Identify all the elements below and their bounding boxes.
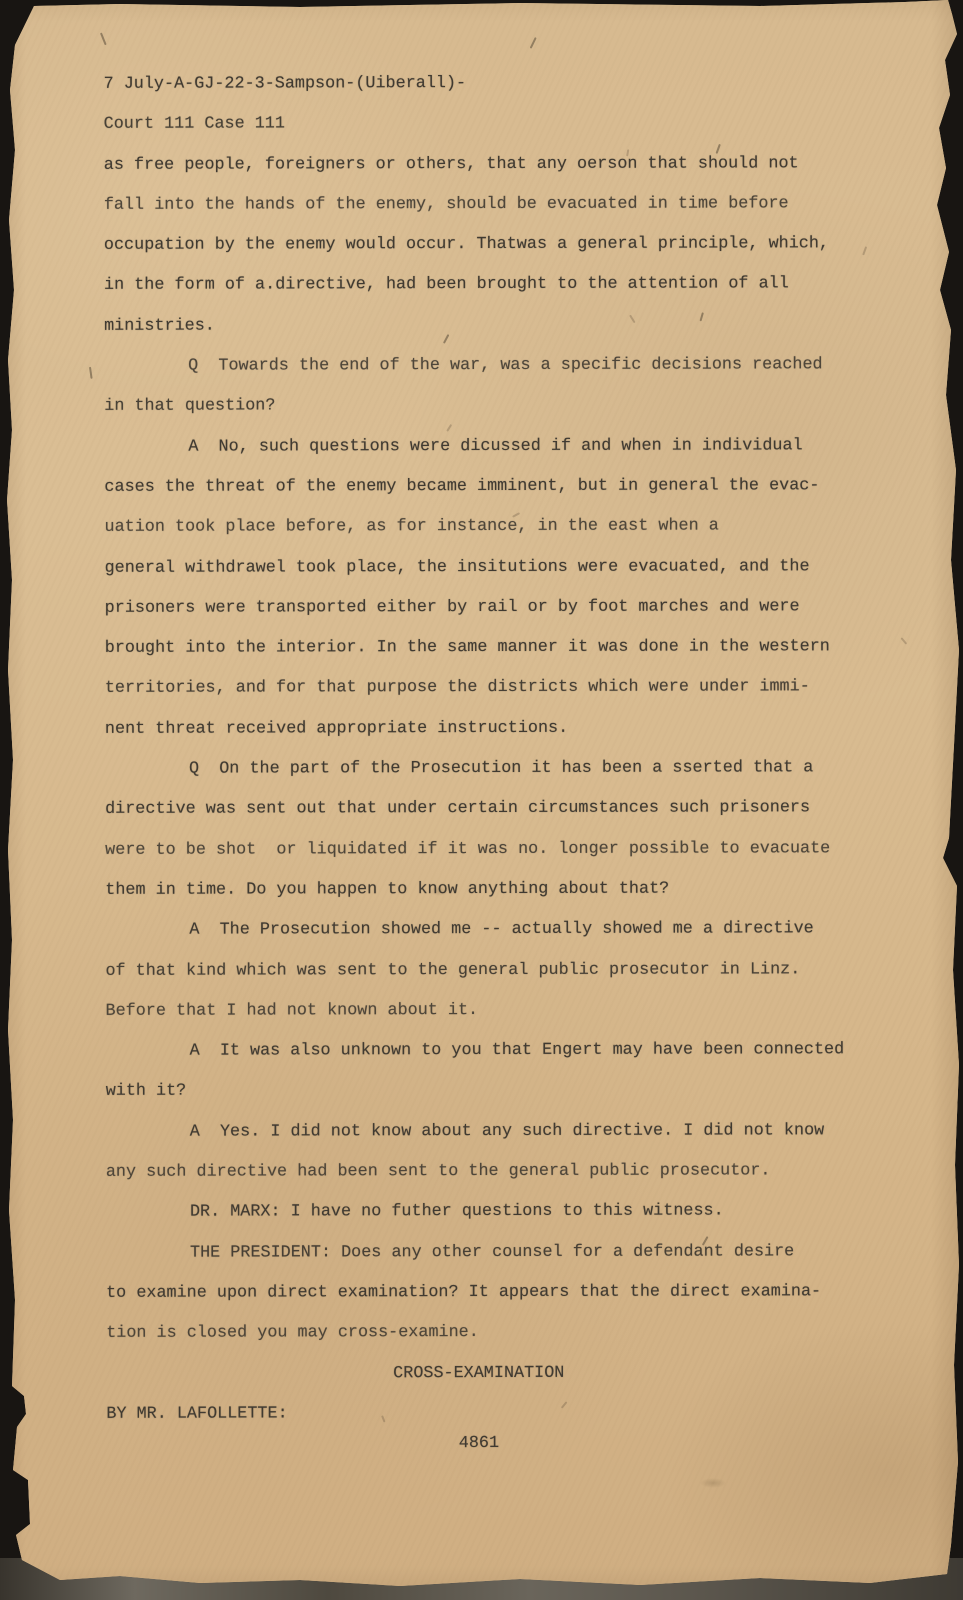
transcript-line: brought into the interior. In the same m… [105, 627, 885, 669]
transcript-line: territories, and for that purpose the di… [105, 668, 885, 710]
transcript-line: prisoners were transported either by rai… [105, 587, 885, 629]
transcript-line: Before that I had not known about it. [105, 990, 885, 1032]
transcript-line: Q Towards the end of the war, was a spec… [104, 345, 884, 387]
section-heading: CROSS-EXAMINATION [106, 1353, 851, 1395]
header-line-2: Court 111 Case 111 [104, 103, 884, 145]
scanned-page: 7 July-A-GJ-22-3-Sampson-(Uiberall)-Cour… [0, 0, 963, 1600]
transcript-line: A No, such questions were dicussed if an… [104, 426, 884, 468]
transcript-line: with it? [106, 1071, 886, 1113]
transcript-line: any such directive had been sent to the … [106, 1151, 886, 1193]
transcript-line: Q On the part of the Prosecution it has … [105, 748, 885, 790]
transcript-line: general withdrawel took place, the insit… [105, 547, 885, 589]
transcript-line: nent threat received appropriate instruc… [105, 708, 885, 750]
transcript-line: THE PRESIDENT: Does any other counsel fo… [106, 1232, 886, 1274]
transcript-line: them in time. Do you happen to know anyt… [105, 869, 885, 911]
transcript-line: occupation by the enemy would occur. Tha… [104, 224, 884, 266]
header-line-1: 7 July-A-GJ-22-3-Sampson-(Uiberall)- [104, 63, 884, 105]
paper-sheet: 7 July-A-GJ-22-3-Sampson-(Uiberall)-Cour… [0, 0, 963, 1600]
transcript-line: in the form of a.directive, had been bro… [104, 265, 884, 307]
transcript-line: A The Prosecution showed me -- actually … [105, 909, 885, 951]
paper-fiber [89, 367, 92, 379]
transcript-line: A Yes. I did not know about any such dir… [106, 1111, 886, 1153]
transcript-line: fall into the hands of the enemy, should… [104, 184, 884, 226]
transcript-line: tion is closed you may cross-examine. [106, 1312, 886, 1354]
paper-smudge [700, 1478, 726, 1488]
transcript-line: directive was sent out that under certai… [105, 789, 885, 831]
text-column: 7 July-A-GJ-22-3-Sampson-(Uiberall)-Cour… [104, 63, 887, 1465]
transcript-line: uation took place before, as for instanc… [104, 506, 884, 548]
transcript-line: DR. MARX: I have no futher questions to … [106, 1191, 886, 1233]
transcript-line: were to be shot or liquidated if it was … [105, 829, 885, 871]
transcript-line: to examine upon direct examination? It a… [106, 1272, 886, 1314]
transcript-line: as free people, foreigners or others, th… [104, 144, 884, 186]
paper-fiber [901, 637, 907, 644]
transcript-line: of that kind which was sent to the gener… [105, 950, 885, 992]
transcript-line: cases the threat of the enemy became imm… [104, 466, 884, 508]
transcript-line: in that question? [104, 386, 884, 428]
transcript-line: ministries. [104, 305, 884, 347]
paper-fiber [100, 32, 106, 45]
paper-fiber [530, 37, 537, 48]
transcript-line: A It was also unknown to you that Engert… [106, 1030, 886, 1072]
